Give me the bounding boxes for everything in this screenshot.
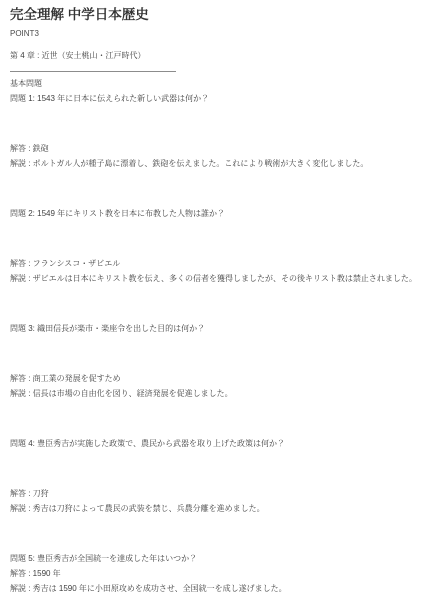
document-page: { "document": { "title": "完全理解 中学日本歴史", … bbox=[0, 0, 436, 600]
explanation-text: 解説 : 信長は市場の自由化を図り、経済発展を促進しました。 bbox=[10, 386, 426, 401]
section-divider bbox=[10, 71, 176, 72]
section-heading: 基本問題 bbox=[10, 76, 426, 91]
question-text: 問題 5: 豊臣秀吉が全国統一を達成した年はいつか？ bbox=[10, 551, 426, 566]
qa-block-2: 問題 2: 1549 年にキリスト教を日本に布教した人物は誰か？ 解答 : フラ… bbox=[10, 206, 426, 286]
page-title: 完全理解 中学日本歴史 bbox=[10, 7, 426, 23]
question-text: 問題 4: 豊臣秀吉が実施した政策で、農民から武器を取り上げた政策は何か？ bbox=[10, 436, 426, 451]
qa-block-5: 問題 5: 豊臣秀吉が全国統一を達成した年はいつか？ 解答 : 1590 年 解… bbox=[10, 551, 426, 596]
answer-text: 解答 : 刀狩 bbox=[10, 486, 426, 501]
explanation-text: 解説 : 秀吉は 1590 年に小田原攻めを成功させ、全国統一を成し遂げました。 bbox=[10, 581, 426, 596]
qa-block-1: 問題 1: 1543 年に日本に伝えられた新しい武器は何か？ 解答 : 鉄砲 解… bbox=[10, 91, 426, 171]
explanation-text: 解説 : 秀吉は刀狩によって農民の武装を禁じ、兵農分離を進めました。 bbox=[10, 501, 426, 516]
point-label: POINT3 bbox=[10, 28, 426, 39]
qa-block-3: 問題 3: 織田信長が楽市・楽座令を出した目的は何か？ 解答 : 商工業の発展を… bbox=[10, 321, 426, 401]
question-text: 問題 1: 1543 年に日本に伝えられた新しい武器は何か？ bbox=[10, 91, 426, 106]
qa-block-4: 問題 4: 豊臣秀吉が実施した政策で、農民から武器を取り上げた政策は何か？ 解答… bbox=[10, 436, 426, 516]
answer-text: 解答 : 鉄砲 bbox=[10, 141, 426, 156]
explanation-text: 解説 : ザビエルは日本にキリスト教を伝え、多くの信者を獲得しましたが、その後キ… bbox=[10, 271, 426, 286]
answer-text: 解答 : フランシスコ・ザビエル bbox=[10, 256, 426, 271]
answer-text: 解答 : 商工業の発展を促すため bbox=[10, 371, 426, 386]
question-text: 問題 3: 織田信長が楽市・楽座令を出した目的は何か？ bbox=[10, 321, 426, 336]
explanation-text: 解説 : ポルトガル人が種子島に漂着し、鉄砲を伝えました。これにより戦術が大きく… bbox=[10, 156, 426, 171]
chapter-heading: 第 4 章 : 近世（安土桃山・江戸時代） bbox=[10, 49, 426, 62]
question-text: 問題 2: 1549 年にキリスト教を日本に布教した人物は誰か？ bbox=[10, 206, 426, 221]
answer-text: 解答 : 1590 年 bbox=[10, 566, 426, 581]
